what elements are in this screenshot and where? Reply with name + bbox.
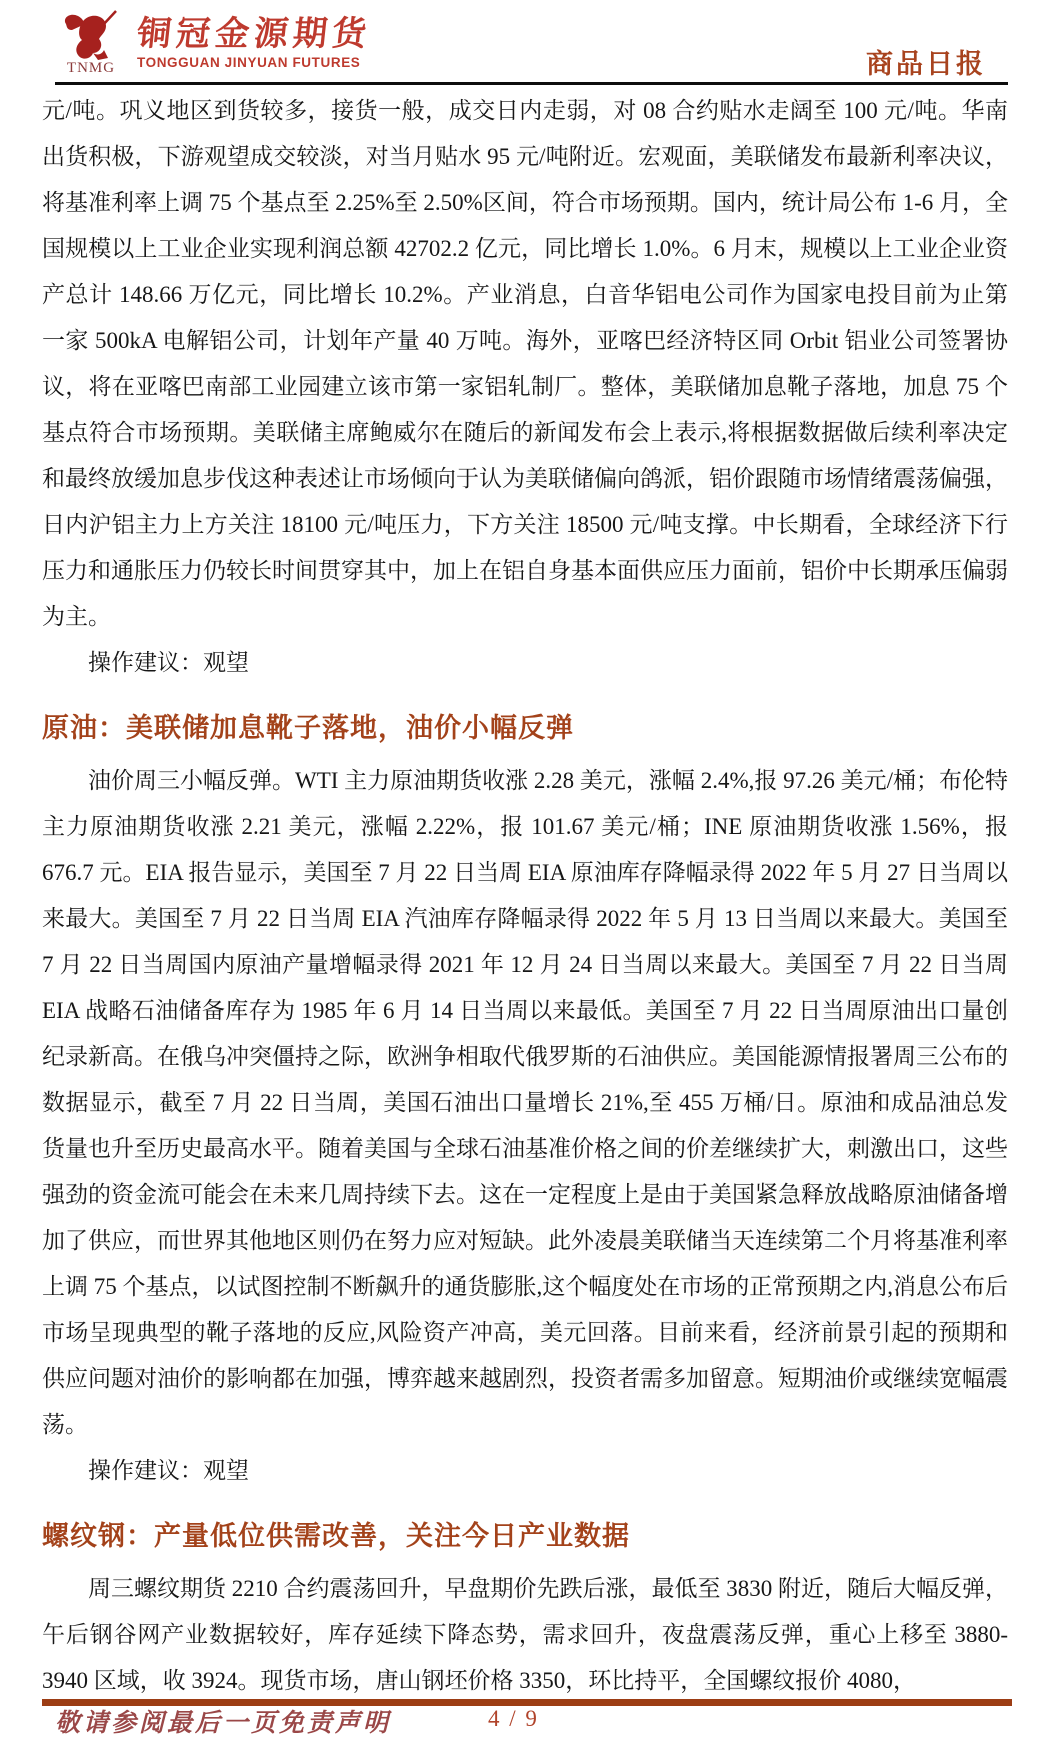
page-number: 4 / 9 xyxy=(488,1706,539,1732)
operation-advice: 操作建议：观望 xyxy=(42,640,1008,686)
section-heading: 原油：美联储加息靴子落地，油价小幅反弹 xyxy=(42,710,1008,746)
section-rebar: 螺纹钢：产量低位供需改善，关注今日产业数据 周三螺纹期货 2210 合约震荡回升… xyxy=(42,1518,1008,1704)
report-body: 元/吨。巩义地区到货较多，接货一般，成交日内走弱，对 08 合约贴水走阔至 10… xyxy=(42,88,1008,1704)
section-paragraph: 周三螺纹期货 2210 合约震荡回升，早盘期价先跌后涨，最低至 3830 附近，… xyxy=(42,1566,1008,1704)
logo-mark: TNMG xyxy=(55,10,127,77)
section-paragraph: 油价周三小幅反弹。WTI 主力原油期货收涨 2.28 美元，涨幅 2.4%,报 … xyxy=(42,758,1008,1448)
report-page: TNMG 铜冠金源期货 TONGGUAN JINYUAN FUTURES 商品日… xyxy=(0,0,1044,1738)
doc-type-title: 商品日报 xyxy=(866,42,986,81)
section-paragraph: 元/吨。巩义地区到货较多，接货一般，成交日内走弱，对 08 合约贴水走阔至 10… xyxy=(42,88,1008,640)
company-name-en: TONGGUAN JINYUAN FUTURES xyxy=(137,55,371,70)
company-logo: TNMG 铜冠金源期货 TONGGUAN JINYUAN FUTURES xyxy=(55,10,371,77)
footer-disclaimer: 敬请参阅最后一页免责声明 xyxy=(55,1703,391,1738)
operation-advice: 操作建议：观望 xyxy=(42,1448,1008,1494)
company-name-cn: 铜冠金源期货 xyxy=(135,16,373,54)
tnmg-animal-icon xyxy=(58,10,124,62)
section-crude-oil: 原油：美联储加息靴子落地，油价小幅反弹 油价周三小幅反弹。WTI 主力原油期货收… xyxy=(42,710,1008,1494)
section-aluminum-continued: 元/吨。巩义地区到货较多，接货一般，成交日内走弱，对 08 合约贴水走阔至 10… xyxy=(42,88,1008,686)
header-rule xyxy=(55,82,1008,85)
logo-names: 铜冠金源期货 TONGGUAN JINYUAN FUTURES xyxy=(137,16,371,70)
section-heading: 螺纹钢：产量低位供需改善，关注今日产业数据 xyxy=(42,1518,1008,1554)
logo-mark-label: TNMG xyxy=(67,60,115,77)
